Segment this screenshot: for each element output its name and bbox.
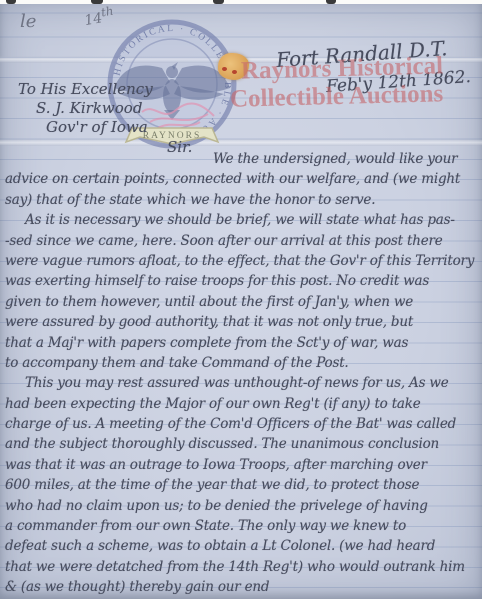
address-recipient-line: To His Excellency [18,80,153,98]
body-line: had been expecting the Major of our own … [5,394,477,414]
red-watermark-line2: Collectible Auctions [230,80,444,114]
body-line: defeat such a scheme, was to obtain a Lt… [5,536,477,556]
letter-body: We the undersigned, would like your advi… [5,149,477,598]
body-line: This you may rest assured was unthought-… [5,373,477,393]
scan-edge-mark [91,0,103,4]
body-line: to accompany them and take Command of th… [5,353,477,373]
body-line: advice on certain points, connected with… [5,169,477,189]
body-line: was that it was an outrage to Iowa Troop… [5,455,477,475]
scan-edge-mark [6,0,16,4]
body-line: -sed since we came, here. Soon after our… [5,231,477,251]
address-name-line: S. J. Kirkwood [36,99,142,117]
body-line: & (as we thought) thereby gain our end [5,577,477,597]
pencil-mark: le [20,11,36,32]
body-line: were assured by good authority, that it … [5,312,477,332]
body-line: that we were detatched from the 14th Reg… [5,557,477,577]
scanned-letter-page: le 14th HISTORICAL · COLLECTIBLE · AUCTI… [0,0,482,599]
body-line: 600 miles, at the time of the year that … [5,475,477,495]
scan-edge-mark [326,0,336,4]
body-line: who had no claim upon us; to be denied t… [5,496,477,516]
body-line: As it is necessary we should be brief, w… [5,210,477,230]
body-line: and the subject thoroughly discussed. Th… [5,434,477,454]
body-line: a commander from our own State. The only… [5,516,477,536]
body-line: charge of us. A meeting of the Com'd Off… [5,414,477,434]
body-line: given to them however, until about the f… [5,292,477,312]
scan-edge-mark [213,0,224,4]
address-title-line: Gov'r of Iowa [46,118,148,136]
body-line: We the undersigned, would like your [5,149,477,169]
body-line: was exerting himself to raise troops for… [5,271,477,291]
body-line: that a Maj'r with papers complete from t… [5,333,477,353]
body-line: say) that of the state which we have the… [5,190,477,210]
body-line: were vague rumors afloat, to the effect,… [5,251,477,271]
